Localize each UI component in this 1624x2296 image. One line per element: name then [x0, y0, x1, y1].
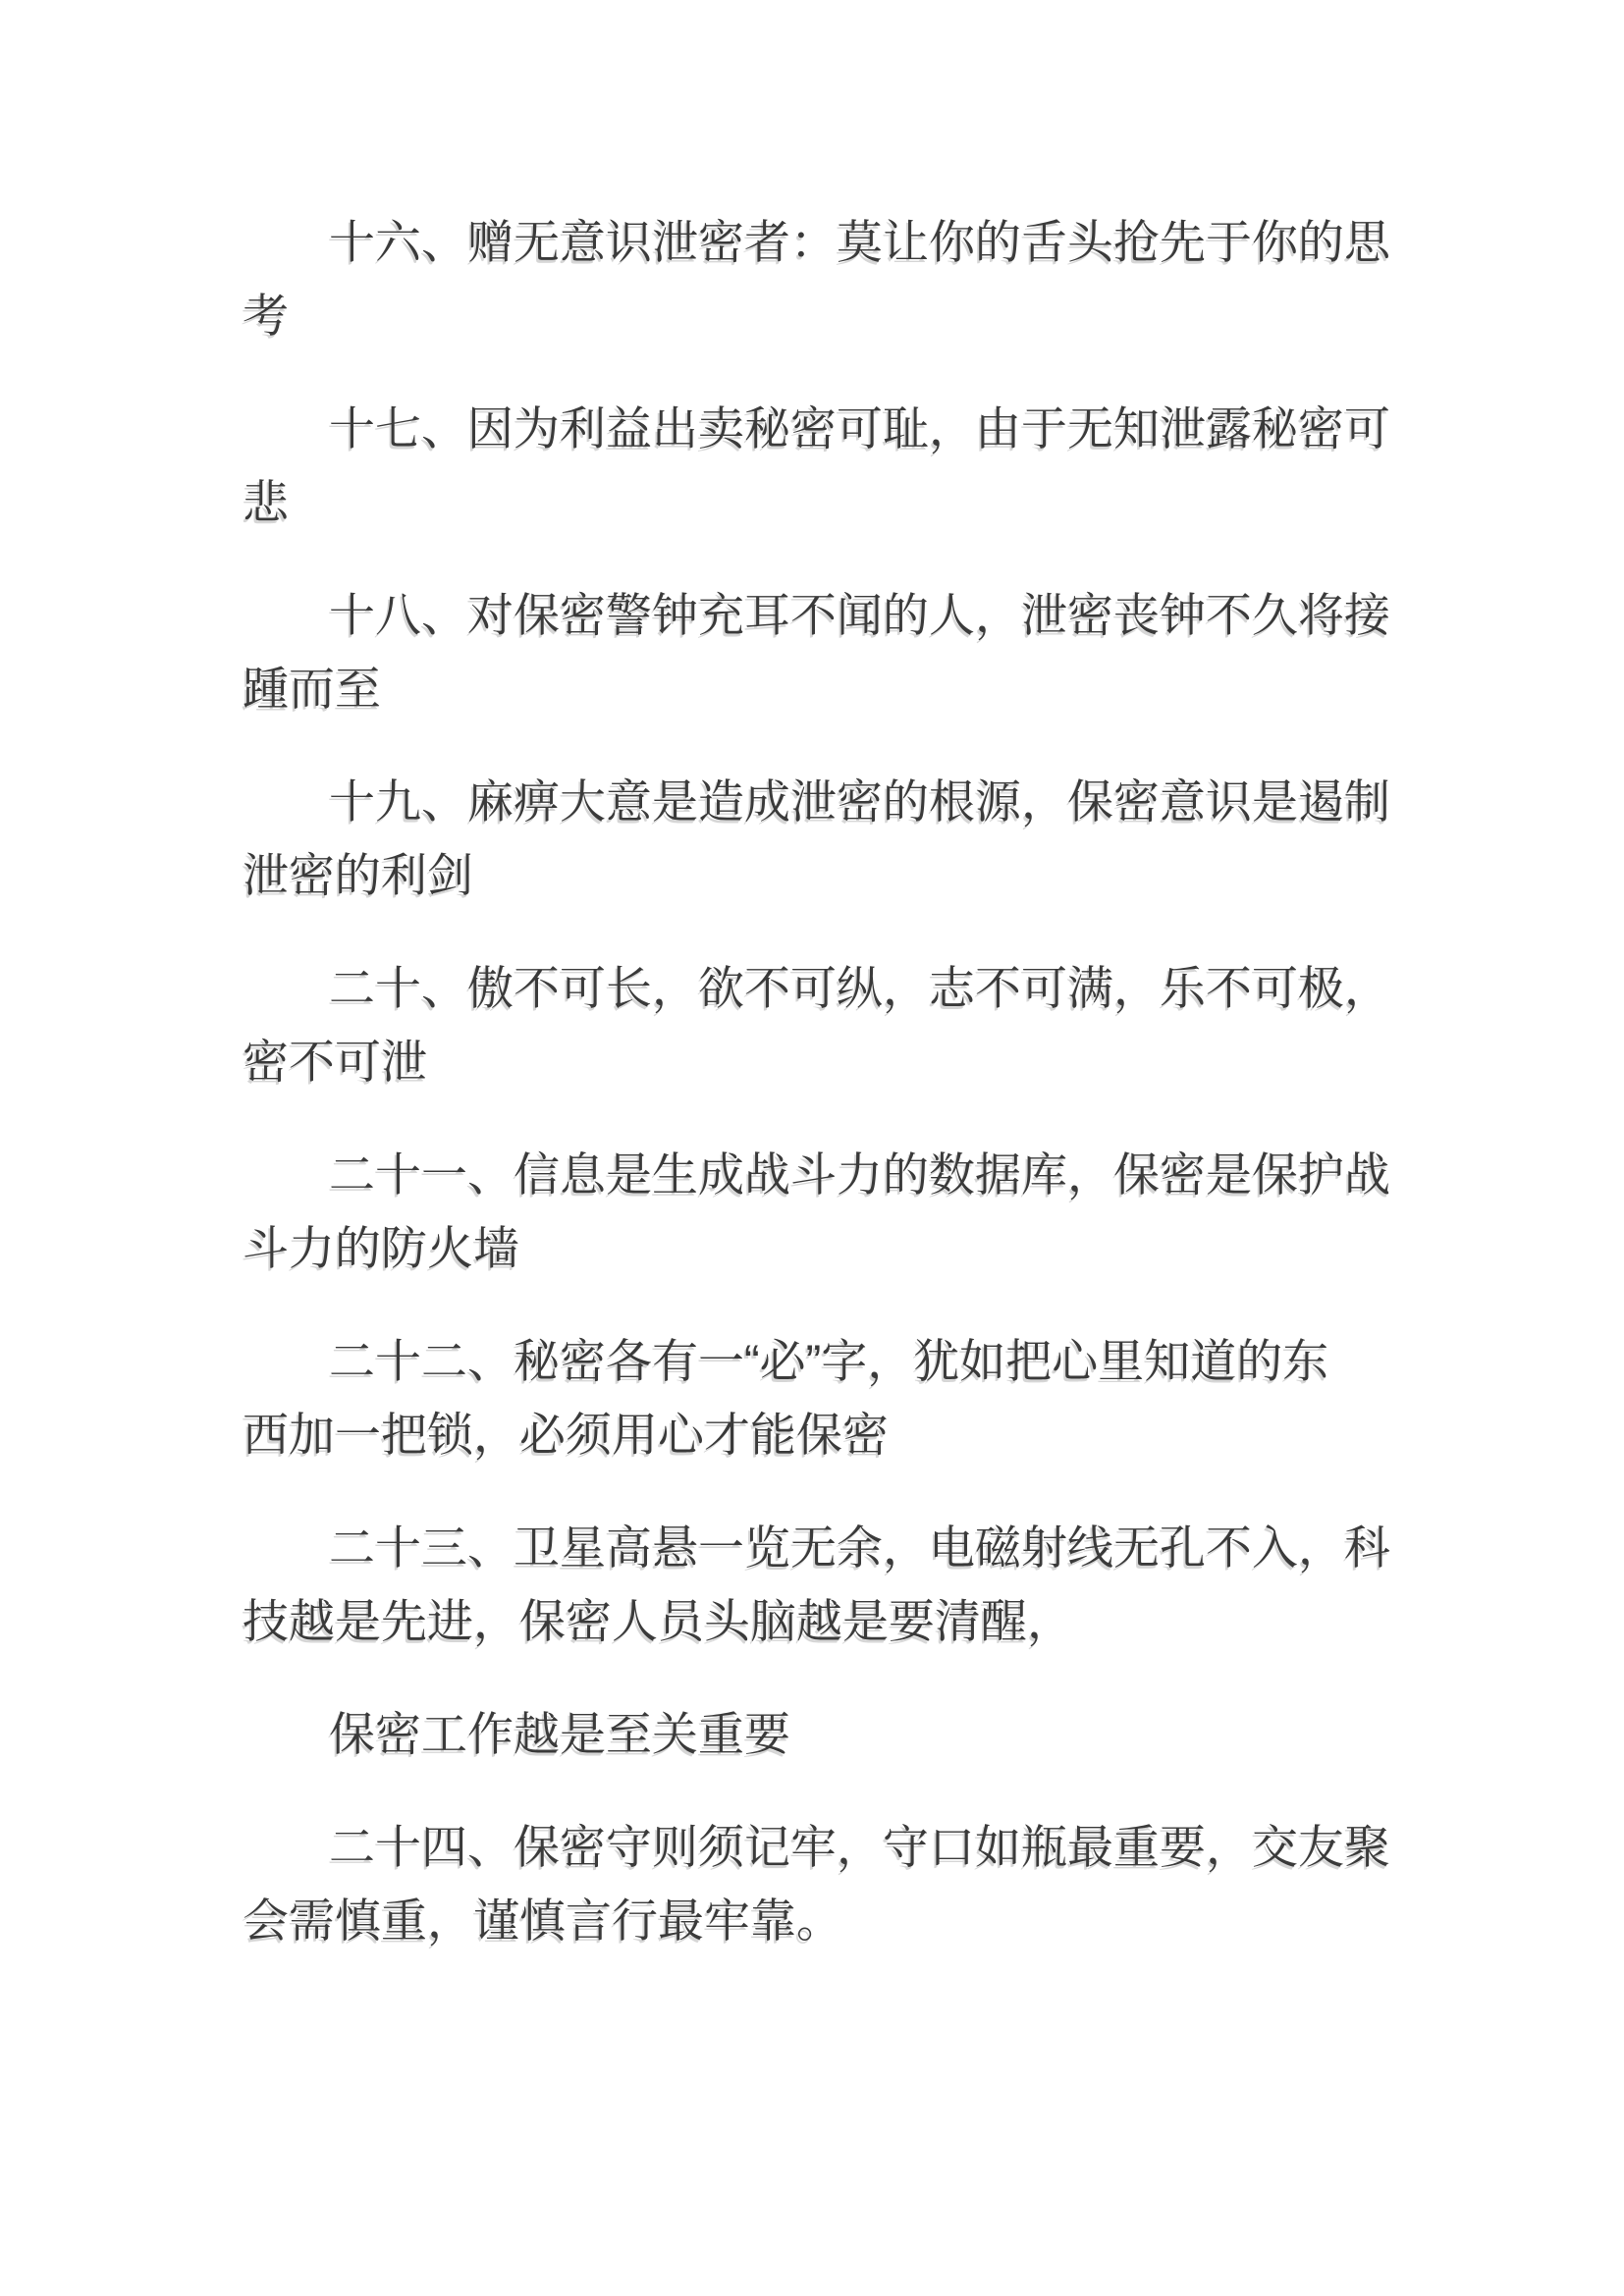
text-line: 二十一、信息是生成战斗力的数据库，保密是保护战	[243, 1138, 1381, 1211]
paragraph-item-19: 十九、麻痹大意是造成泄密的根源，保密意识是遏制 泄密的利剑	[243, 765, 1381, 912]
text-line: 踵而至	[243, 652, 1381, 725]
paragraph-item-20: 二十、傲不可长，欲不可纵，志不可满，乐不可极， 密不可泄	[243, 951, 1381, 1098]
paragraph-item-17: 十七、因为利益出卖秘密可耻，由于无知泄露秘密可 悲	[243, 392, 1381, 539]
text-line: 密不可泄	[243, 1025, 1381, 1098]
text-line: 十六、赠无意识泄密者：莫让你的舌头抢先于你的思	[243, 205, 1381, 279]
text-line: 保密工作越是至关重要	[243, 1697, 1381, 1771]
paragraph-item-23-continued: 保密工作越是至关重要	[243, 1697, 1381, 1771]
text-line: 西加一把锁，必须用心才能保密	[243, 1398, 1381, 1471]
paragraph-item-23: 二十三、卫星高悬一览无余，电磁射线无孔不入，科 技越是先进，保密人员头脑越是要清…	[243, 1511, 1381, 1658]
paragraph-item-22: 二十二、秘密各有一“必”字，犹如把心里知道的东 西加一把锁，必须用心才能保密	[243, 1324, 1381, 1471]
text-line: 二十三、卫星高悬一览无余，电磁射线无孔不入，科	[243, 1511, 1381, 1584]
document-page: 十六、赠无意识泄密者：莫让你的舌头抢先于你的思 考 十七、因为利益出卖秘密可耻，…	[0, 0, 1624, 2296]
paragraph-item-16: 十六、赠无意识泄密者：莫让你的舌头抢先于你的思 考	[243, 205, 1381, 352]
text-line: 悲	[243, 465, 1381, 539]
text-line: 二十、傲不可长，欲不可纵，志不可满，乐不可极，	[243, 951, 1381, 1025]
paragraph-item-18: 十八、对保密警钟充耳不闻的人，泄密丧钟不久将接 踵而至	[243, 578, 1381, 725]
paragraph-item-21: 二十一、信息是生成战斗力的数据库，保密是保护战 斗力的防火墙	[243, 1138, 1381, 1285]
text-line: 技越是先进，保密人员头脑越是要清醒，	[243, 1584, 1381, 1658]
text-line: 十七、因为利益出卖秘密可耻，由于无知泄露秘密可	[243, 392, 1381, 465]
text-line: 二十二、秘密各有一“必”字，犹如把心里知道的东	[243, 1324, 1381, 1398]
text-line: 泄密的利剑	[243, 838, 1381, 912]
text-line: 十八、对保密警钟充耳不闻的人，泄密丧钟不久将接	[243, 578, 1381, 652]
text-line: 二十四、保密守则须记牢，守口如瓶最重要，交友聚	[243, 1810, 1381, 1884]
text-line: 十九、麻痹大意是造成泄密的根源，保密意识是遏制	[243, 765, 1381, 838]
text-line: 会需慎重，谨慎言行最牢靠。	[243, 1884, 1381, 1957]
text-line: 考	[243, 279, 1381, 352]
text-line: 斗力的防火墙	[243, 1211, 1381, 1285]
document-body: 十六、赠无意识泄密者：莫让你的舌头抢先于你的思 考 十七、因为利益出卖秘密可耻，…	[243, 205, 1381, 1997]
paragraph-item-24: 二十四、保密守则须记牢，守口如瓶最重要，交友聚 会需慎重，谨慎言行最牢靠。	[243, 1810, 1381, 1957]
